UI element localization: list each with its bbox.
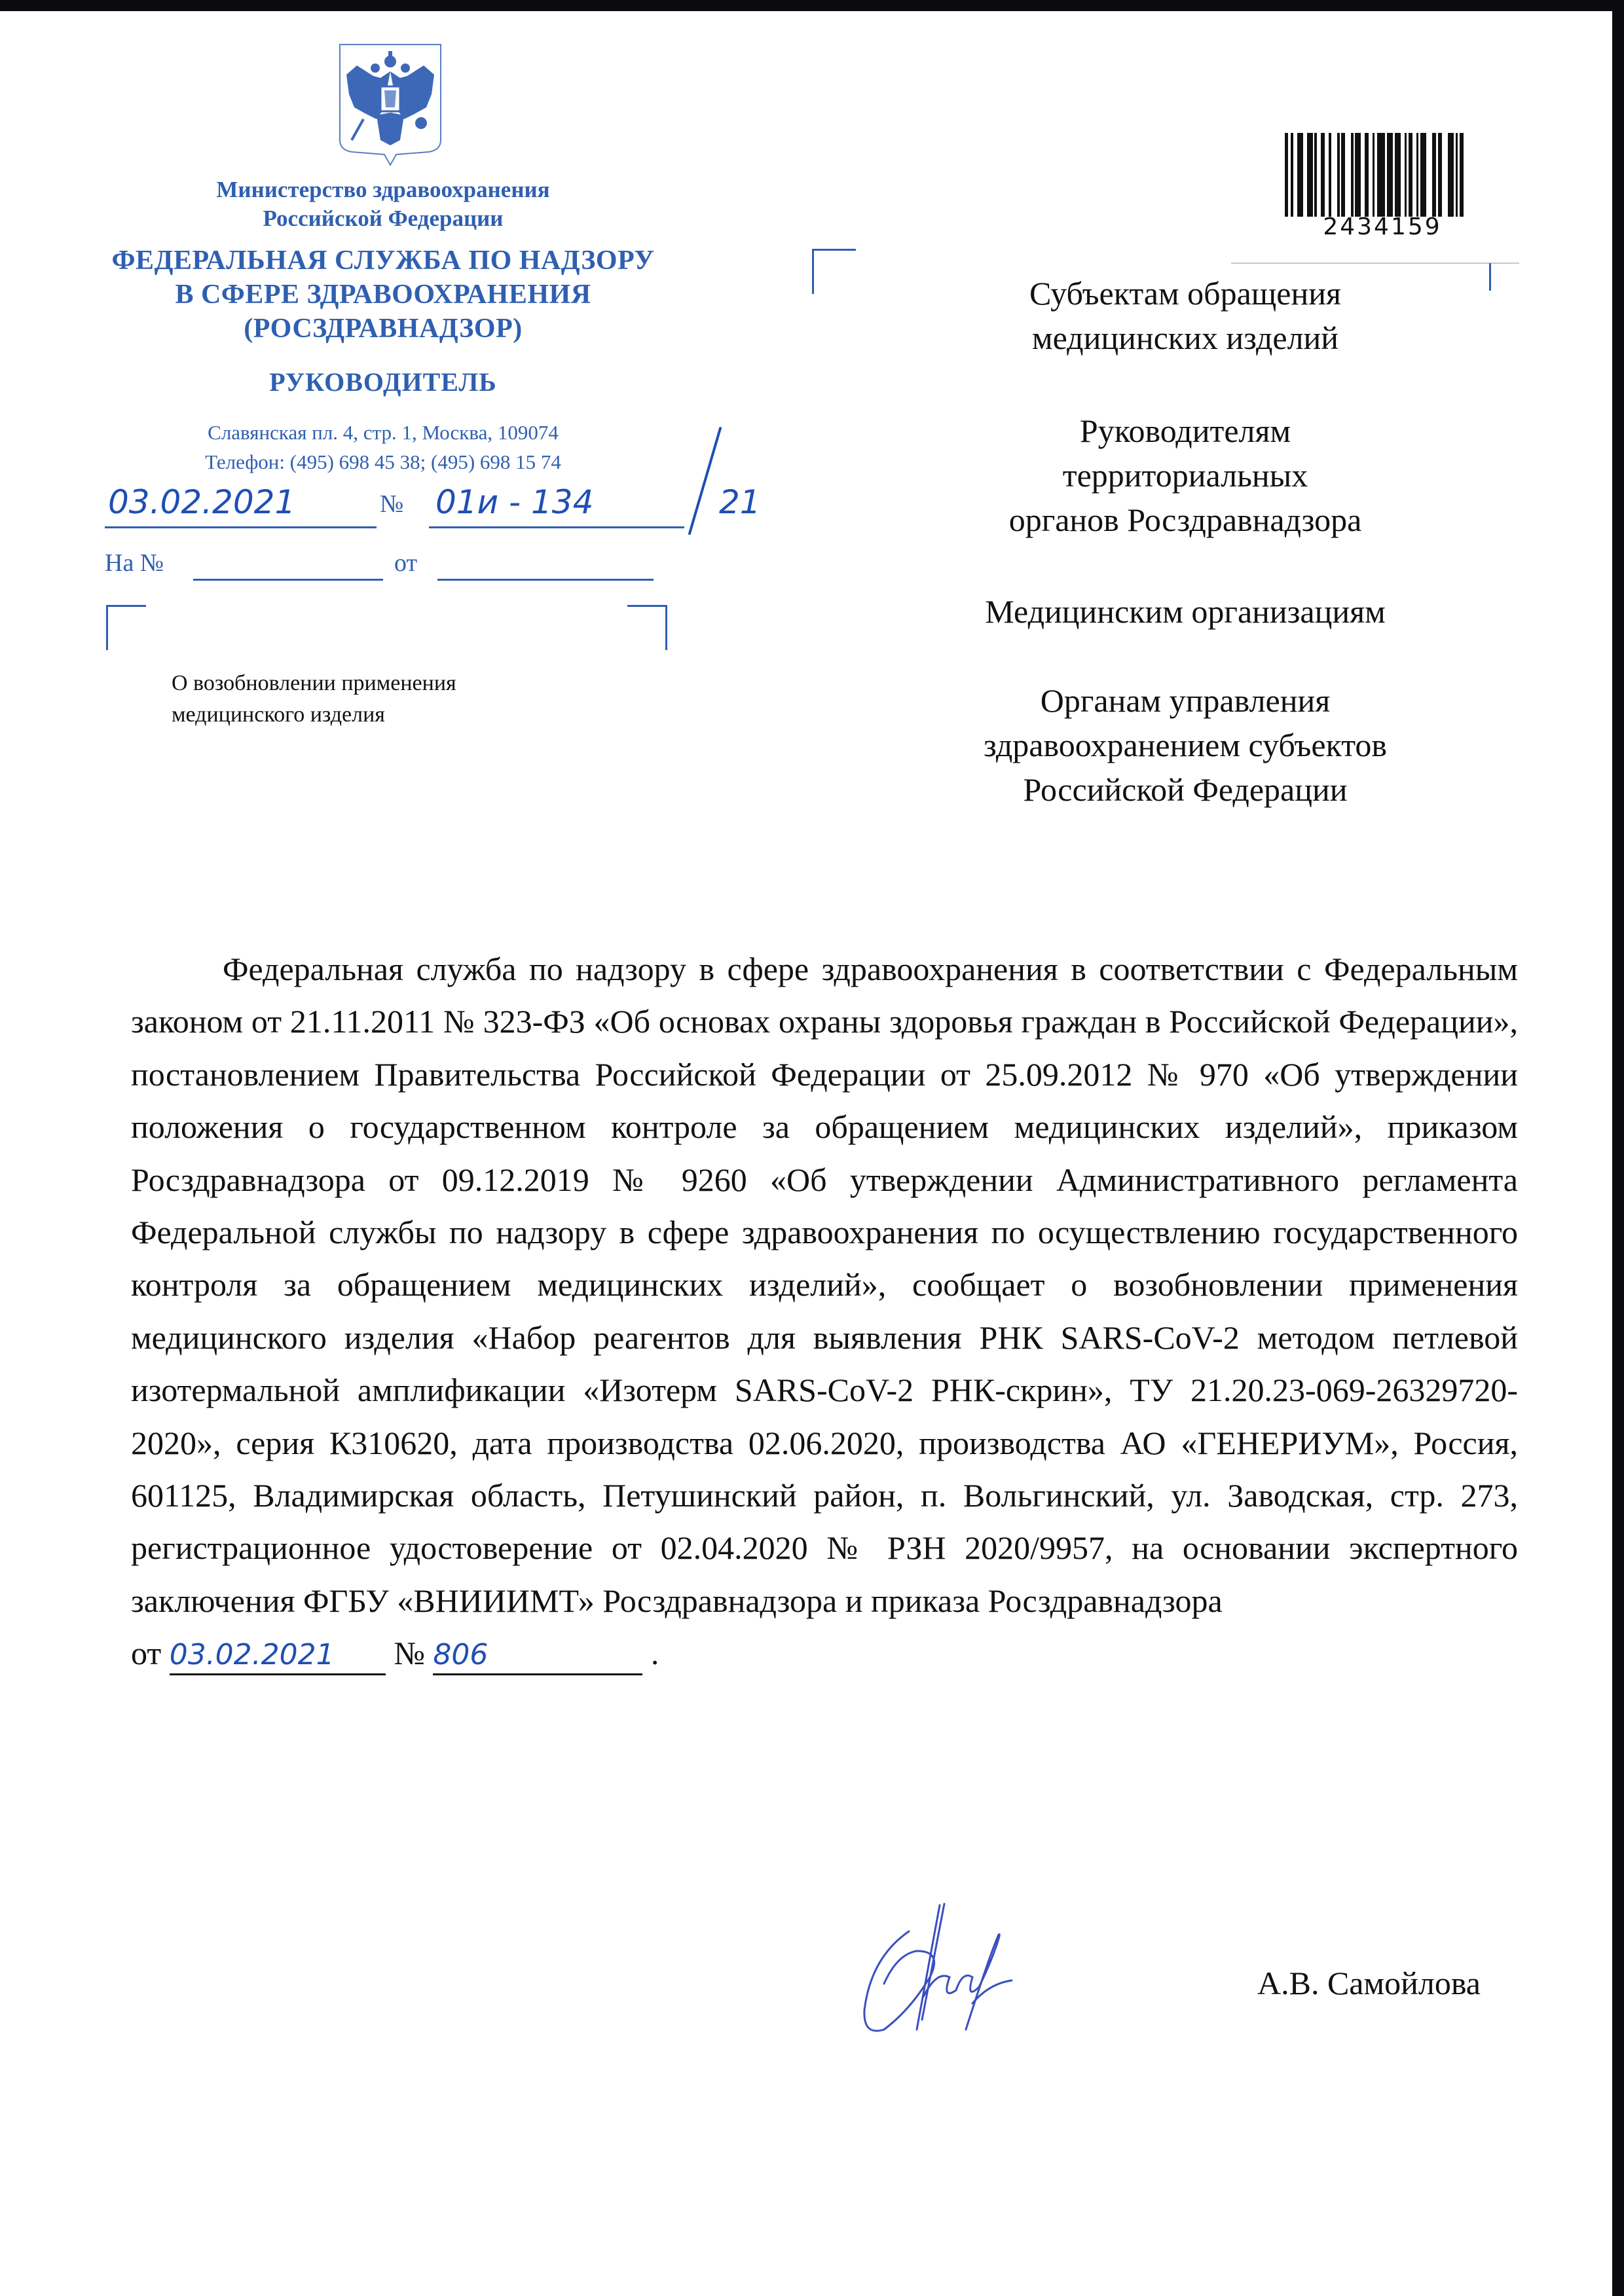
- order-number-sign: №: [394, 1635, 425, 1671]
- letter-subject: О возобновлении применения медицинского …: [172, 668, 456, 731]
- sender-phone: Телефон: (495) 698 45 38; (495) 698 15 7…: [98, 447, 668, 477]
- recipient-line: Руководителям: [891, 409, 1480, 453]
- reference-number-field[interactable]: [193, 549, 383, 581]
- recipient-line: органов Росздравнадзора: [891, 498, 1480, 542]
- registration-slash: [684, 426, 724, 537]
- ministry-line-2: Российской Федерации: [98, 204, 668, 233]
- order-date: 03.02.2021: [170, 1637, 386, 1675]
- service-name: ФЕДЕРАЛЬНАЯ СЛУЖБА ПО НАДЗОРУ В СФЕРЕ ЗД…: [85, 244, 681, 346]
- recipient-line: медицинских изделий: [891, 316, 1480, 360]
- corner-mark-right: [627, 605, 667, 650]
- signatory-name: А.В. Самойлова: [1257, 1964, 1481, 2002]
- service-line-1: ФЕДЕРАЛЬНАЯ СЛУЖБА ПО НАДЗОРУ: [85, 244, 681, 278]
- scan-border-top: [0, 0, 1624, 11]
- recipient-block-2: Руководителям территориальных органов Ро…: [891, 409, 1480, 542]
- reference-date-field[interactable]: [437, 549, 654, 581]
- registration-date-underline: [105, 526, 377, 528]
- recipient-line: Субъектам обращения: [891, 271, 1480, 316]
- scan-border-right: [1612, 0, 1624, 2296]
- recipient-line: здравоохранением субъектов: [891, 723, 1480, 767]
- recipient-line: Российской Федерации: [891, 767, 1480, 812]
- sender-role: РУКОВОДИТЕЛЬ: [98, 367, 668, 397]
- reference-label: На №: [105, 549, 164, 577]
- registration-date: 03.02.2021: [108, 483, 295, 521]
- order-end: .: [651, 1635, 659, 1671]
- handwritten-signature: [858, 1879, 1028, 2049]
- recipient-line: территориальных: [891, 453, 1480, 498]
- ministry-line-1: Министерство здравоохранения: [98, 175, 668, 204]
- letter-body: Федеральная служба по надзору в сфере зд…: [131, 943, 1518, 1679]
- order-number: 806: [433, 1637, 642, 1675]
- order-reference: от 03.02.2021 № 806 .: [131, 1627, 1518, 1679]
- address-corner-right: [1489, 263, 1491, 291]
- russian-coat-of-arms-icon: [337, 42, 443, 168]
- reference-from-label: от: [394, 549, 417, 577]
- sender-contacts: Славянская пл. 4, стр. 1, Москва, 109074…: [98, 418, 668, 477]
- sender-address: Славянская пл. 4, стр. 1, Москва, 109074: [98, 418, 668, 447]
- recipient-block-3: Медицинским организациям: [891, 589, 1480, 634]
- address-corner-left: [812, 249, 856, 294]
- barcode-number: 2434159: [1285, 213, 1480, 240]
- order-prefix: от: [131, 1635, 161, 1671]
- reference-line: На № от: [105, 549, 674, 588]
- subject-line-2: медицинского изделия: [172, 699, 456, 731]
- recipient-block-1: Субъектам обращения медицинских изделий: [891, 271, 1480, 360]
- corner-mark-left: [106, 605, 146, 650]
- registration-number-underline: [429, 526, 684, 528]
- service-line-3: (РОСЗДРАВНАДЗОР): [85, 312, 681, 346]
- recipient-block-4: Органам управления здравоохранением субъ…: [891, 678, 1480, 812]
- subject-line-1: О возобновлении применения: [172, 668, 456, 699]
- registration-number: 01и - 134: [435, 483, 593, 521]
- registration-suffix-digits: 21: [719, 483, 761, 521]
- barcode: [1285, 133, 1480, 217]
- barcode-label-edge: [1231, 263, 1519, 264]
- recipient-line: Органам управления: [891, 678, 1480, 723]
- recipient-line: Медицинским организациям: [891, 589, 1480, 634]
- ministry-name: Министерство здравоохранения Российской …: [98, 175, 668, 233]
- body-paragraph: Федеральная служба по надзору в сфере зд…: [131, 943, 1518, 1627]
- service-line-2: В СФЕРЕ ЗДРАВООХРАНЕНИЯ: [85, 278, 681, 312]
- registration-number-sign: №: [380, 490, 403, 519]
- registration-line: 03.02.2021 № 01и - 134 /21 21: [105, 478, 792, 556]
